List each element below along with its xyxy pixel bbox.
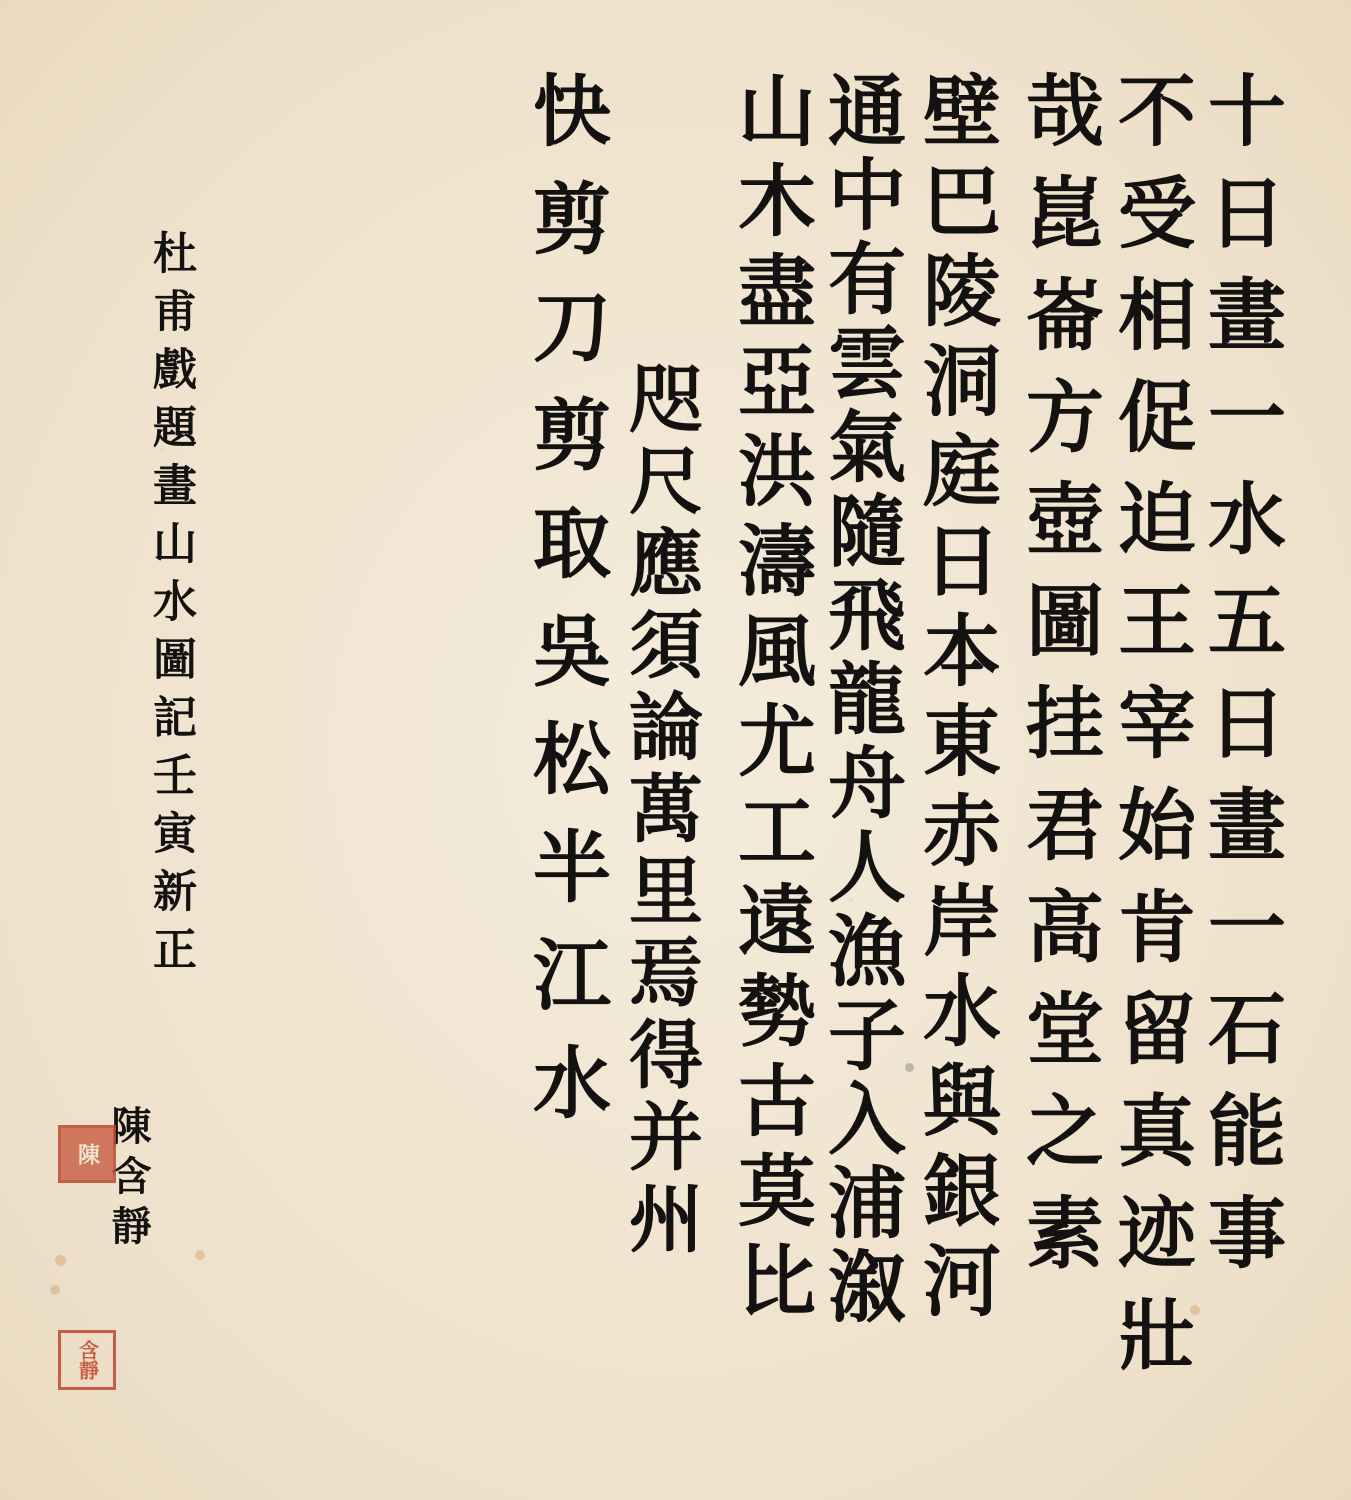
poem-column-6: 山木盡亞洪濤風尤工遠勢古莫比 (731, 70, 809, 1330)
poem-column-4: 壁巴陵洞庭日本東赤岸水與銀河 (916, 70, 994, 1330)
poem-column-1: 十日畫一水五日畫一石能事 (1201, 70, 1279, 1294)
seal-sobriquet: 含靜 (58, 1330, 116, 1390)
poem-column-3: 哉崑崙方壺圖挂君高堂之素 (1019, 70, 1097, 1294)
seal-name: 陳 (58, 1125, 116, 1183)
poem-column-8: 快剪刀剪取吳松半江水 (526, 70, 604, 1150)
foxing-spot (55, 1255, 66, 1266)
poem-column-5: 通中有雲氣隨飛龍舟人漁子入浦溆 (821, 70, 899, 1330)
foxing-spot (50, 1285, 60, 1295)
poem-column-2: 不受相促迫王宰始肯留真迹壯 (1111, 70, 1189, 1396)
poem-column-7: 咫尺應須論萬里焉得并州 (623, 360, 697, 1262)
foxing-spot (195, 1250, 205, 1260)
inscription-column: 杜甫戲題畫山水圖記壬寅新正 (148, 230, 192, 984)
